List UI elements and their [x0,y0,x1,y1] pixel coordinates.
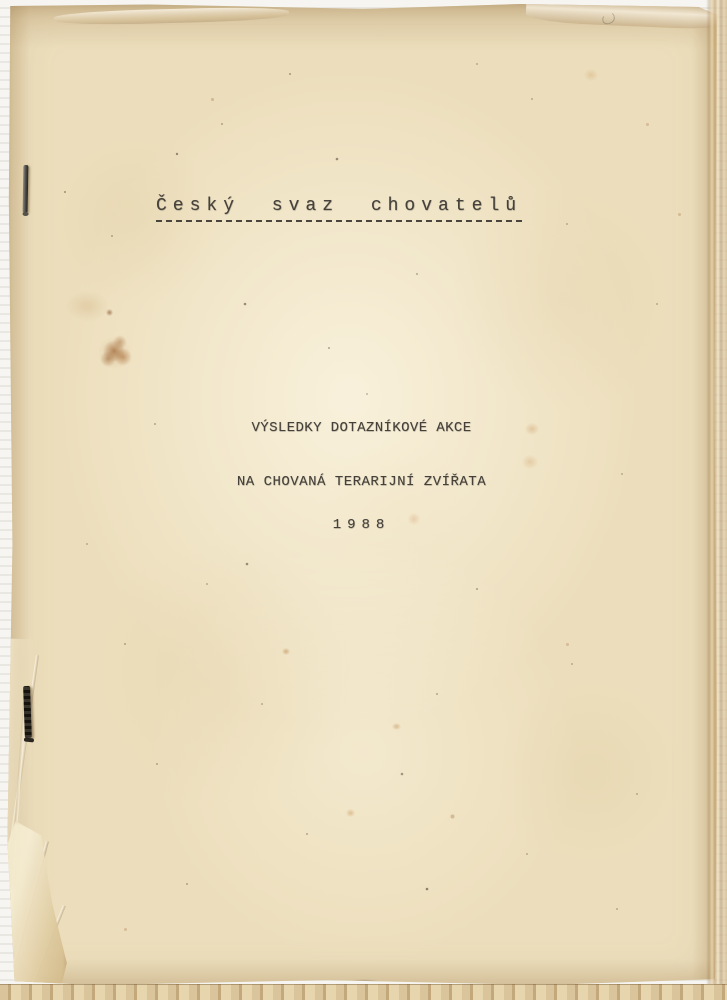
title-line-2: NA CHOVANÁ TERARIJNÍ ZVÍŘATA [0,474,725,490]
paper-specks-brown [6,3,9,6]
crease-top-left [54,6,289,26]
page-stack-edge-bottom [0,984,727,1000]
year: 1988 [0,517,725,533]
torn-edge-strip [2,639,37,890]
pencil-mark [601,12,616,26]
stain-top-right [584,69,598,81]
paper-page: Český svaz chovatelů VÝSLEDKY DOTAZNÍKOV… [6,3,720,989]
stain-small-dot [106,309,113,316]
stain-middle-2 [392,723,401,730]
stain-middle-1 [282,648,290,655]
crease-bottom-left-3 [6,841,49,991]
organization-header: Český svaz chovatelů [156,196,522,222]
crease-bottom-left-1 [9,655,39,849]
title-block: VÝSLEDKY DOTAZNÍKOVÉ AKCE NA CHOVANÁ TER… [0,420,725,533]
stain-middle-3 [346,809,355,817]
staple-top [23,165,29,213]
page-stack-edge-right [706,0,727,1000]
stain-halo [66,291,108,321]
stain-brown-cluster [90,329,142,379]
crease-top-right [526,0,727,30]
torn-corner-flap [6,821,70,1000]
crease-bottom-left-2 [5,703,26,968]
title-line-1: VÝSLEDKY DOTAZNÍKOVÉ AKCE [0,420,725,436]
paper-specks-dark [6,3,8,5]
scanned-document: Český svaz chovatelů VÝSLEDKY DOTAZNÍKOV… [0,0,727,1000]
